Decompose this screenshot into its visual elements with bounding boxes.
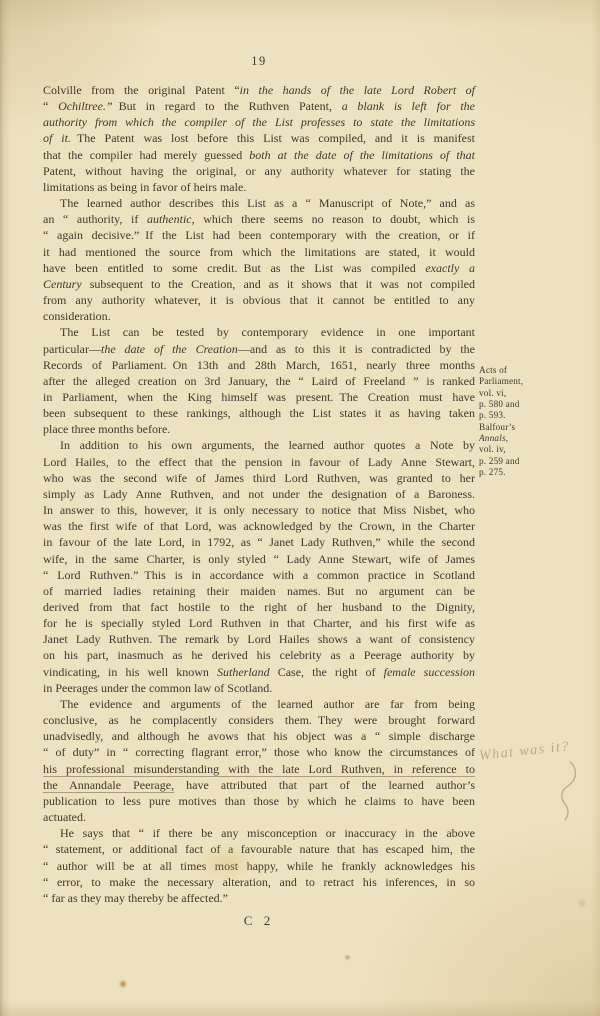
text-line: was the first wife of that Lord, was ack… bbox=[43, 518, 475, 534]
text-line: vindicating, in his well known Sutherlan… bbox=[43, 664, 475, 680]
sidenote-line: p. 259 and bbox=[479, 456, 561, 467]
text-line: after the alleged creation on 3rd Januar… bbox=[43, 373, 475, 389]
sidenote-line: Balfour’s bbox=[479, 422, 561, 433]
text-line: in Parliament, when the King himself was… bbox=[43, 389, 475, 405]
paper-stain bbox=[118, 980, 128, 988]
text-line: In addition to his own arguments, the le… bbox=[43, 437, 475, 453]
text-line: “ again decisive.” If the List had been … bbox=[43, 227, 475, 243]
text-line: limitations as being in favor of heirs m… bbox=[43, 179, 475, 195]
text-line: derived from that fact hostile to the ri… bbox=[43, 599, 475, 615]
text-line: Records of Parliament. On 13th and 28th … bbox=[43, 357, 475, 373]
text-line: Lord Hailes, to the effect that the pens… bbox=[43, 454, 475, 470]
text-line: simply as Lady Anne Ruthven, and not und… bbox=[43, 486, 475, 502]
paper-stain bbox=[344, 954, 351, 961]
sidenote-line: Acts of bbox=[479, 365, 561, 376]
text-line: “ Lord Ruthven.” This is in accordance w… bbox=[43, 567, 475, 583]
text-line: The learned author describes this List a… bbox=[43, 195, 475, 211]
text-line: “ author will be at all times most happy… bbox=[43, 858, 475, 874]
paragraph: The List can be tested by contemporary e… bbox=[43, 324, 475, 437]
text-line: particular—the date of the Creation—and … bbox=[43, 341, 475, 357]
paragraph: The evidence and arguments of the learne… bbox=[43, 696, 475, 825]
text-line: his professional misunderstanding with t… bbox=[43, 761, 475, 777]
sidenote-line: p. 580 and bbox=[479, 399, 561, 410]
text-line: “ far as they may thereby be affected.” bbox=[43, 890, 475, 906]
text-block: Colville from the original Patent “in th… bbox=[43, 82, 475, 906]
text-line: In answer to this, however, it is only n… bbox=[43, 502, 475, 518]
text-line: Janet Lady Ruthven. The remark by Lord H… bbox=[43, 631, 475, 647]
text-line: in Peerages under the common law of Scot… bbox=[43, 680, 475, 696]
text-line: Colville from the original Patent “in th… bbox=[43, 82, 475, 98]
text-line: that the compiler had merely guessed bot… bbox=[43, 147, 475, 163]
sidenote-line: vol. vi, bbox=[479, 388, 561, 399]
text-line: from any authority whatever, it is obvio… bbox=[43, 292, 475, 308]
book-page: 19 Colville from the original Patent “in… bbox=[0, 0, 600, 1016]
text-line: unadvisedly, and although he avows that … bbox=[43, 728, 475, 744]
text-line: “ Ochiltree.” But in regard to the Ruthv… bbox=[43, 98, 475, 114]
margin-annotation-flourish bbox=[556, 760, 582, 822]
sidenote-line: Annals, bbox=[479, 433, 561, 444]
text-line: conclusive, as he complacently considers… bbox=[43, 712, 475, 728]
sidenote-line: p. 275. bbox=[479, 467, 561, 478]
paragraph: In addition to his own arguments, the le… bbox=[43, 437, 475, 696]
text-line: consideration. bbox=[43, 308, 475, 324]
sidenote: Acts ofParliament,vol. vi,p. 580 andp. 5… bbox=[479, 365, 561, 478]
paragraph: The learned author describes this List a… bbox=[43, 195, 475, 324]
text-line: of it. The Patent was lost before this L… bbox=[43, 130, 475, 146]
text-line: He says that “ if there be any misconcep… bbox=[43, 825, 475, 841]
sidenote-line: Parliament, bbox=[479, 376, 561, 387]
signature-mark: C 2 bbox=[43, 913, 475, 929]
sidenote-line: vol. iv, bbox=[479, 444, 561, 455]
text-line: the Annandale Peerage, have attributed t… bbox=[43, 777, 475, 793]
text-line: actuated. bbox=[43, 809, 475, 825]
text-line: “ statement, or additional fact of a fav… bbox=[43, 841, 475, 857]
text-line: The evidence and arguments of the learne… bbox=[43, 696, 475, 712]
text-line: who was the second wife of James third L… bbox=[43, 470, 475, 486]
text-line: publication to less pure motives than th… bbox=[43, 793, 475, 809]
text-line: “ error, to make the necessary alteratio… bbox=[43, 874, 475, 890]
paragraph: He says that “ if there be any misconcep… bbox=[43, 825, 475, 906]
text-line: have been entitled to some credit. But a… bbox=[43, 260, 475, 276]
text-line: an “ authority, if authentic, which ther… bbox=[43, 211, 475, 227]
text-line: it had mentioned the source from which t… bbox=[43, 244, 475, 260]
text-line: authority from which the compiler of the… bbox=[43, 114, 475, 130]
text-line: for he is specially styled Lord Ruthven … bbox=[43, 615, 475, 631]
text-line: been subsequent to these rankings, altho… bbox=[43, 405, 475, 421]
text-line: “ of duty” in “ correcting flagrant erro… bbox=[43, 744, 475, 760]
paragraph: Colville from the original Patent “in th… bbox=[43, 82, 475, 195]
sidenote-line: p. 593. bbox=[479, 410, 561, 421]
text-line: on his part, inasmuch as he derived his … bbox=[43, 647, 475, 663]
page-number: 19 bbox=[43, 54, 475, 69]
text-line: Century subsequent to the Creation, and … bbox=[43, 276, 475, 292]
text-line: in favour of the late Lord, in 1792, as … bbox=[43, 534, 475, 550]
paper-stain bbox=[576, 898, 588, 908]
text-line: place three months before. bbox=[43, 421, 475, 437]
text-line: of married ladies retaining their maiden… bbox=[43, 583, 475, 599]
text-line: The List can be tested by contemporary e… bbox=[43, 324, 475, 340]
text-line: Patent, without having the original, or … bbox=[43, 163, 475, 179]
text-line: wife, in the same Charter, is only style… bbox=[43, 551, 475, 567]
